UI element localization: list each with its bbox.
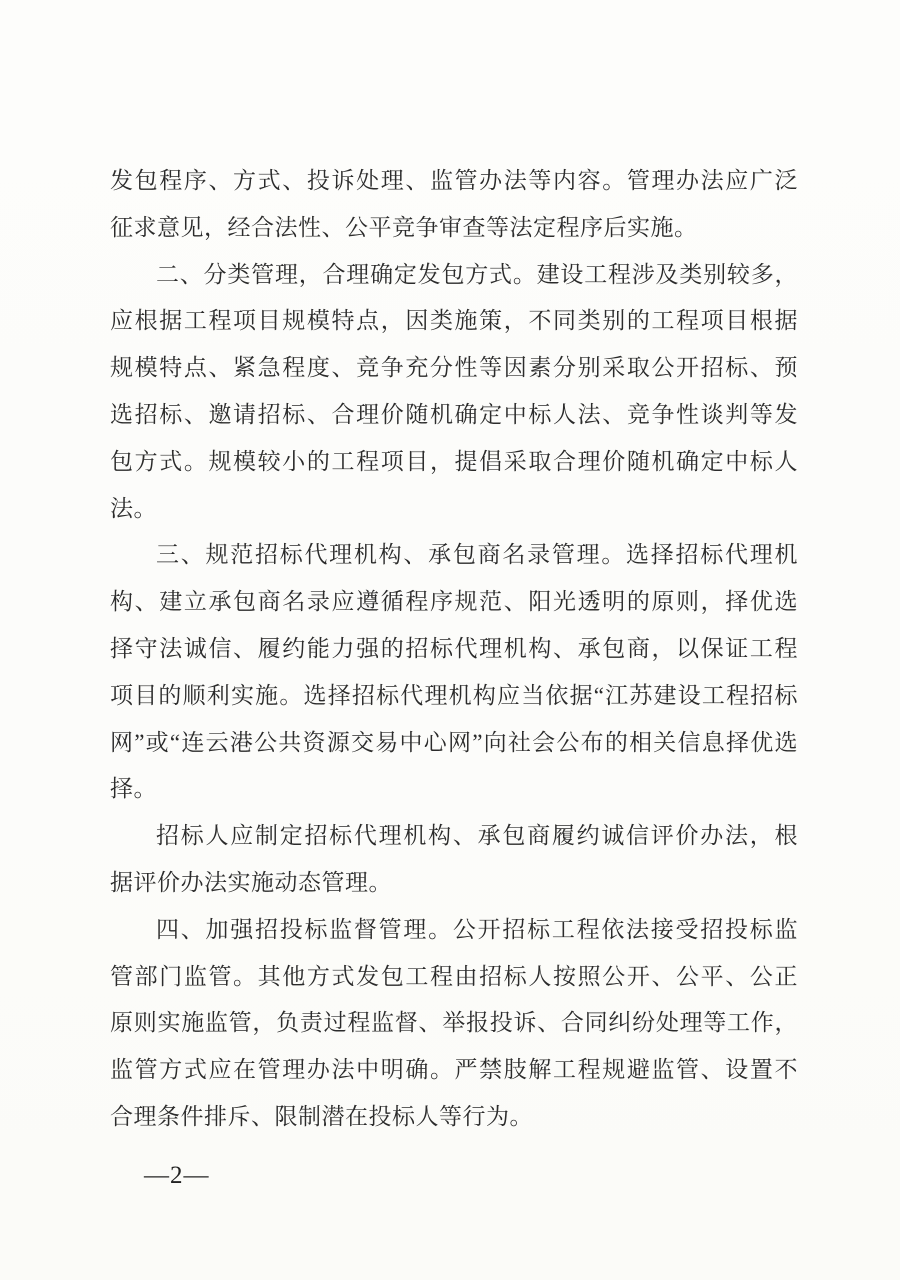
- text-line: 监管方式应在管理办法中明确。严禁肢解工程规避监管、设置不: [110, 1047, 798, 1094]
- text-line: 择。: [110, 766, 798, 813]
- text-line: 法。: [110, 486, 798, 533]
- text-line: 择守法诚信、履约能力强的招标代理机构、承包商，以保证工程: [110, 626, 798, 673]
- text-line: 应根据工程项目规模特点，因类施策，不同类别的工程项目根据: [110, 298, 798, 345]
- text-line: 征求意见，经合法性、公平竞争审查等法定程序后实施。: [110, 205, 798, 252]
- document-body: 发包程序、方式、投诉处理、监管办法等内容。管理办法应广泛 征求意见，经合法性、公…: [110, 158, 798, 1141]
- text-line: 规模特点、紧急程度、竞争充分性等因素分别采取公开招标、预: [110, 345, 798, 392]
- text-line: 据评价办法实施动态管理。: [110, 860, 798, 907]
- text-line: 项目的顺利实施。选择招标代理机构应当依据“江苏建设工程招标: [110, 673, 798, 720]
- text-line-paragraph-start: 三、规范招标代理机构、承包商名录管理。选择招标代理机: [110, 532, 798, 579]
- text-line: 构、建立承包商名录应遵循程序规范、阳光透明的原则，择优选: [110, 579, 798, 626]
- text-line: 发包程序、方式、投诉处理、监管办法等内容。管理办法应广泛: [110, 158, 798, 205]
- page-number: —2—: [144, 1161, 210, 1191]
- text-line: 管部门监管。其他方式发包工程由招标人按照公开、公平、公正: [110, 954, 798, 1001]
- text-line: 合理条件排斥、限制潜在投标人等行为。: [110, 1094, 798, 1141]
- text-line: 网”或“连云港公共资源交易中心网”向社会公布的相关信息择优选: [110, 720, 798, 767]
- text-line-paragraph-start: 四、加强招投标监督管理。公开招标工程依法接受招投标监: [110, 907, 798, 954]
- text-line-paragraph-start: 二、分类管理，合理确定发包方式。建设工程涉及类别较多，: [110, 252, 798, 299]
- text-line: 包方式。规模较小的工程项目，提倡采取合理价随机确定中标人: [110, 439, 798, 486]
- text-line-paragraph-start: 招标人应制定招标代理机构、承包商履约诚信评价办法，根: [110, 813, 798, 860]
- text-line: 选招标、邀请招标、合理价随机确定中标人法、竞争性谈判等发: [110, 392, 798, 439]
- document-page: 发包程序、方式、投诉处理、监管办法等内容。管理办法应广泛 征求意见，经合法性、公…: [0, 0, 900, 1280]
- text-line: 原则实施监管，负责过程监督、举报投诉、合同纠纷处理等工作，: [110, 1000, 798, 1047]
